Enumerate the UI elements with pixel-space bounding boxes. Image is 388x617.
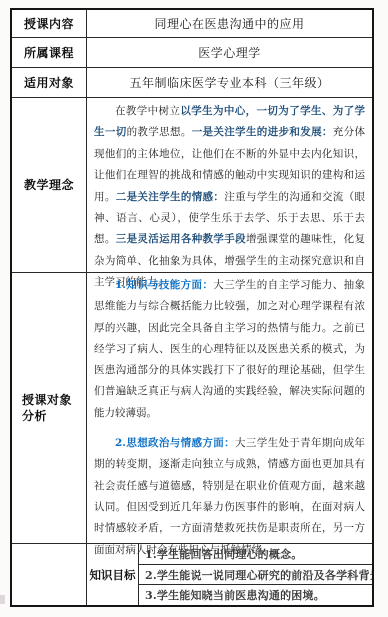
analysis-paragraph-knowledge: 1.知识与技能方面：大三学生的自主学习能力、抽象思维能力与综合概括能力比较强，加… bbox=[94, 275, 365, 424]
label-text: 授课对象分析 bbox=[22, 392, 76, 424]
row-parent-course: 所属课程 医学心理学 bbox=[12, 38, 372, 68]
label-course-content: 授课内容 bbox=[12, 10, 87, 37]
lesson-plan-page: 授课内容 同理心在医患沟通中的应用 所属课程 医学心理学 适用对象 五年制临床医… bbox=[0, 0, 388, 617]
concept-segment-emphasis: 三是灵活运用各种教学手段 bbox=[116, 233, 246, 245]
analysis-body: 大三学生的自主学习能力、抽象思维能力与综合概括能力比较强，加之对心理学课程有浓厚… bbox=[94, 279, 365, 419]
objective-item-2: 2.学生能说一说同理心研究的前沿及各学科背景。 bbox=[139, 565, 372, 586]
row-course-content: 授课内容 同理心在医患沟通中的应用 bbox=[12, 10, 372, 38]
course-content-value: 同理心在医患沟通中的应用 bbox=[87, 10, 372, 37]
analysis-body: 大三学生处于青年期向成年期的转变期，逐渐走向独立与成熟，情感方面也更加具有社会责… bbox=[94, 437, 365, 555]
concept-segment: 的教学思想。 bbox=[127, 126, 192, 138]
cell-audience-analysis: 1.知识与技能方面：大三学生的自主学习能力、抽象思维能力与综合概括能力比较强，加… bbox=[87, 273, 372, 543]
lesson-plan-table: 授课内容 同理心在医患沟通中的应用 所属课程 医学心理学 适用对象 五年制临床医… bbox=[10, 8, 374, 607]
row-audience-analysis: 授课对象分析 1.知识与技能方面：大三学生的自主学习能力、抽象思维能力与综合概括… bbox=[12, 273, 372, 544]
row-target-students: 适用对象 五年制临床医学专业本科（三年级） bbox=[12, 68, 372, 98]
teaching-concept-text: 在教学中树立以学生为中心，一切为了学生、为了学生一切的教学思想。一是关注学生的进… bbox=[87, 98, 372, 294]
concept-segment-emphasis: 二是关注学生的情感： bbox=[116, 191, 225, 203]
objective-item-1: 1.学生能回答出同理心的概念。 bbox=[139, 544, 372, 565]
row-teaching-concept: 教学理念 在教学中树立以学生为中心，一切为了学生、为了学生一切的教学思想。一是关… bbox=[12, 98, 372, 273]
cell-course-content: 同理心在医患沟通中的应用 bbox=[87, 10, 372, 37]
analysis-paragraph-ideology: 2.思想政治与情感方面：大三学生处于青年期向成年期的转变期，逐渐走向独立与成熟，… bbox=[94, 433, 365, 561]
label-teaching-concept: 教学理念 bbox=[12, 98, 87, 272]
objectives-list: 1.学生能回答出同理心的概念。 2.学生能说一说同理心研究的前沿及各学科背景。 … bbox=[139, 544, 372, 605]
label-text: 所属课程 bbox=[24, 45, 74, 61]
objective-item-3: 3.学生能知晓当前医患沟通的困境。 bbox=[139, 585, 372, 605]
label-text: 适用对象 bbox=[24, 75, 74, 91]
concept-segment: 在教学中树立 bbox=[115, 105, 180, 117]
cell-teaching-concept: 在教学中树立以学生为中心，一切为了学生、为了学生一切的教学思想。一是关注学生的进… bbox=[87, 98, 372, 272]
cell-target-students: 五年制临床医学专业本科（三年级） bbox=[87, 68, 372, 97]
parent-course-value: 医学心理学 bbox=[87, 38, 372, 67]
label-text: 授课内容 bbox=[24, 16, 74, 32]
label-knowledge-objectives: 知识目标 bbox=[87, 544, 139, 605]
label-text: 教学理念 bbox=[24, 177, 74, 193]
target-students-value: 五年制临床医学专业本科（三年级） bbox=[87, 68, 372, 97]
label-audience-analysis: 授课对象分析 bbox=[12, 273, 87, 543]
cell-parent-course: 医学心理学 bbox=[87, 38, 372, 67]
row-knowledge-objectives: 知识目标 1.学生能回答出同理心的概念。 2.学生能说一说同理心研究的前沿及各学… bbox=[12, 544, 372, 605]
label-parent-course: 所属课程 bbox=[12, 38, 87, 67]
cell-objectives-spacer bbox=[12, 544, 87, 605]
concept-segment-emphasis: 一是关注学生的进步和发展： bbox=[192, 126, 333, 138]
label-target-students: 适用对象 bbox=[12, 68, 87, 97]
analysis-heading: 1.知识与技能方面： bbox=[115, 279, 213, 291]
scan-artifact bbox=[0, 595, 5, 604]
label-text: 知识目标 bbox=[90, 567, 136, 583]
analysis-heading: 2.思想政治与情感方面： bbox=[115, 437, 235, 449]
